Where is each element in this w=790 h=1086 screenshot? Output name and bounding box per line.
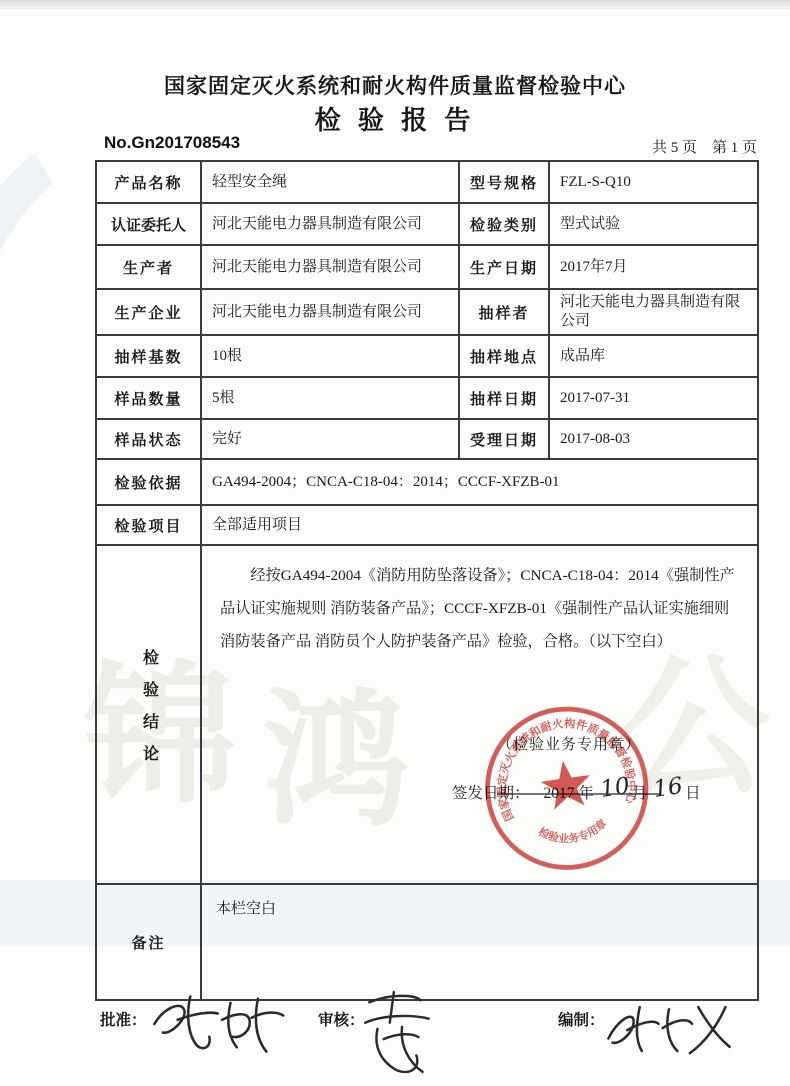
accept-date-value: 2017-08-03 (549, 419, 758, 459)
compiler-signature (600, 998, 738, 1056)
accept-date-label: 受理日期 (459, 419, 549, 459)
remark-cell: 本栏空白 (201, 884, 758, 1000)
producer-label: 生产者 (96, 245, 201, 289)
manufacturer-label: 生产企业 (96, 289, 201, 335)
sampling-date-label: 抽样日期 (459, 377, 549, 419)
test-basis-value: GA494-2004；CNCA-C18-04：2014；CCCF-XFZB-01 (201, 459, 758, 505)
production-date-label: 生产日期 (459, 245, 549, 289)
table-row: 生产者 河北天能电力器具制造有限公司 生产日期 2017年7月 (96, 245, 758, 289)
scanned-inspection-report-page: 锦 鸿 公 国家固定灭火系统和耐火构件质量监督检验中心 检 验 报 告 No.G… (0, 0, 790, 1086)
test-category-label: 检验类别 (459, 203, 549, 245)
conclusion-label: 检验结论 (96, 545, 201, 884)
sampling-place-value: 成品库 (549, 335, 758, 377)
sampling-base-value: 10根 (201, 335, 459, 377)
conclusion-label-text: 检验结论 (141, 649, 157, 777)
sample-state-label: 样品状态 (96, 419, 201, 459)
sampling-date-value: 2017-07-31 (549, 377, 758, 419)
sampler-label: 抽样者 (459, 289, 549, 335)
reviewer-signature (352, 990, 448, 1076)
sample-qty-value: 5根 (201, 377, 459, 419)
scan-top-edge-artifact (0, 0, 790, 10)
table-row: 抽样基数 10根 抽样地点 成品库 (96, 335, 758, 377)
product-name-value: 轻型安全绳 (201, 161, 459, 203)
sampling-place-label: 抽样地点 (459, 335, 549, 377)
compile-label: 编制： (558, 1008, 605, 1030)
test-items-label: 检验项目 (96, 505, 201, 545)
cert-client-label: 认证委托人 (96, 203, 201, 245)
test-items-value: 全部适用项目 (201, 505, 758, 545)
manufacturer-value: 河北天能电力器具制造有限公司 (201, 289, 459, 335)
test-basis-label: 检验依据 (96, 459, 201, 505)
page-count: 共 5 页 第 1 页 (652, 136, 757, 157)
cert-client-value: 河北天能电力器具制造有限公司 (201, 203, 459, 245)
remark-value: 本栏空白 (202, 885, 757, 918)
model-spec-label: 型号规格 (459, 161, 549, 203)
remark-label: 备注 (96, 884, 201, 1000)
table-row: 生产企业 河北天能电力器具制造有限公司 抽样者 河北天能电力器具制造有限公司 (96, 289, 758, 335)
table-row: 备注 本栏空白 (96, 884, 758, 1000)
conclusion-cell: 经按GA494-2004《消防用防坠落设备》；CNCA-C18-04：2014《… (201, 545, 758, 884)
test-category-value: 型式试验 (549, 203, 758, 245)
table-row: 产品名称 轻型安全绳 型号规格 FZL-S-Q10 (96, 161, 758, 203)
table-row: 认证委托人 河北天能电力器具制造有限公司 检验类别 型式试验 (96, 203, 758, 245)
approver-signature (148, 988, 296, 1058)
model-spec-value: FZL-S-Q10 (549, 161, 758, 203)
table-row: 检验结论 经按GA494-2004《消防用防坠落设备》；CNCA-C18-04：… (96, 545, 758, 884)
table-row: 检验项目 全部适用项目 (96, 505, 758, 545)
sampler-value: 河北天能电力器具制造有限公司 (549, 289, 758, 335)
production-date-value: 2017年7月 (549, 245, 758, 289)
report-number: No.Gn201708543 (104, 133, 240, 153)
producer-value: 河北天能电力器具制造有限公司 (201, 245, 459, 289)
conclusion-text: 经按GA494-2004《消防用防坠落设备》；CNCA-C18-04：2014《… (202, 546, 757, 658)
approve-label: 批准： (100, 1008, 147, 1030)
table-row: 检验依据 GA494-2004；CNCA-C18-04：2014；CCCF-XF… (96, 459, 758, 505)
sampling-base-label: 抽样基数 (96, 335, 201, 377)
sample-qty-label: 样品数量 (96, 377, 201, 419)
report-table: 产品名称 轻型安全绳 型号规格 FZL-S-Q10 认证委托人 河北天能电力器具… (95, 160, 759, 1001)
table-row: 样品数量 5根 抽样日期 2017-07-31 (96, 377, 758, 419)
sample-state-value: 完好 (201, 419, 459, 459)
organization-name: 国家固定灭火系统和耐火构件质量监督检验中心 (0, 70, 790, 100)
product-name-label: 产品名称 (96, 161, 201, 203)
report-title: 检 验 报 告 (0, 100, 790, 137)
table-row: 样品状态 完好 受理日期 2017-08-03 (96, 419, 758, 459)
